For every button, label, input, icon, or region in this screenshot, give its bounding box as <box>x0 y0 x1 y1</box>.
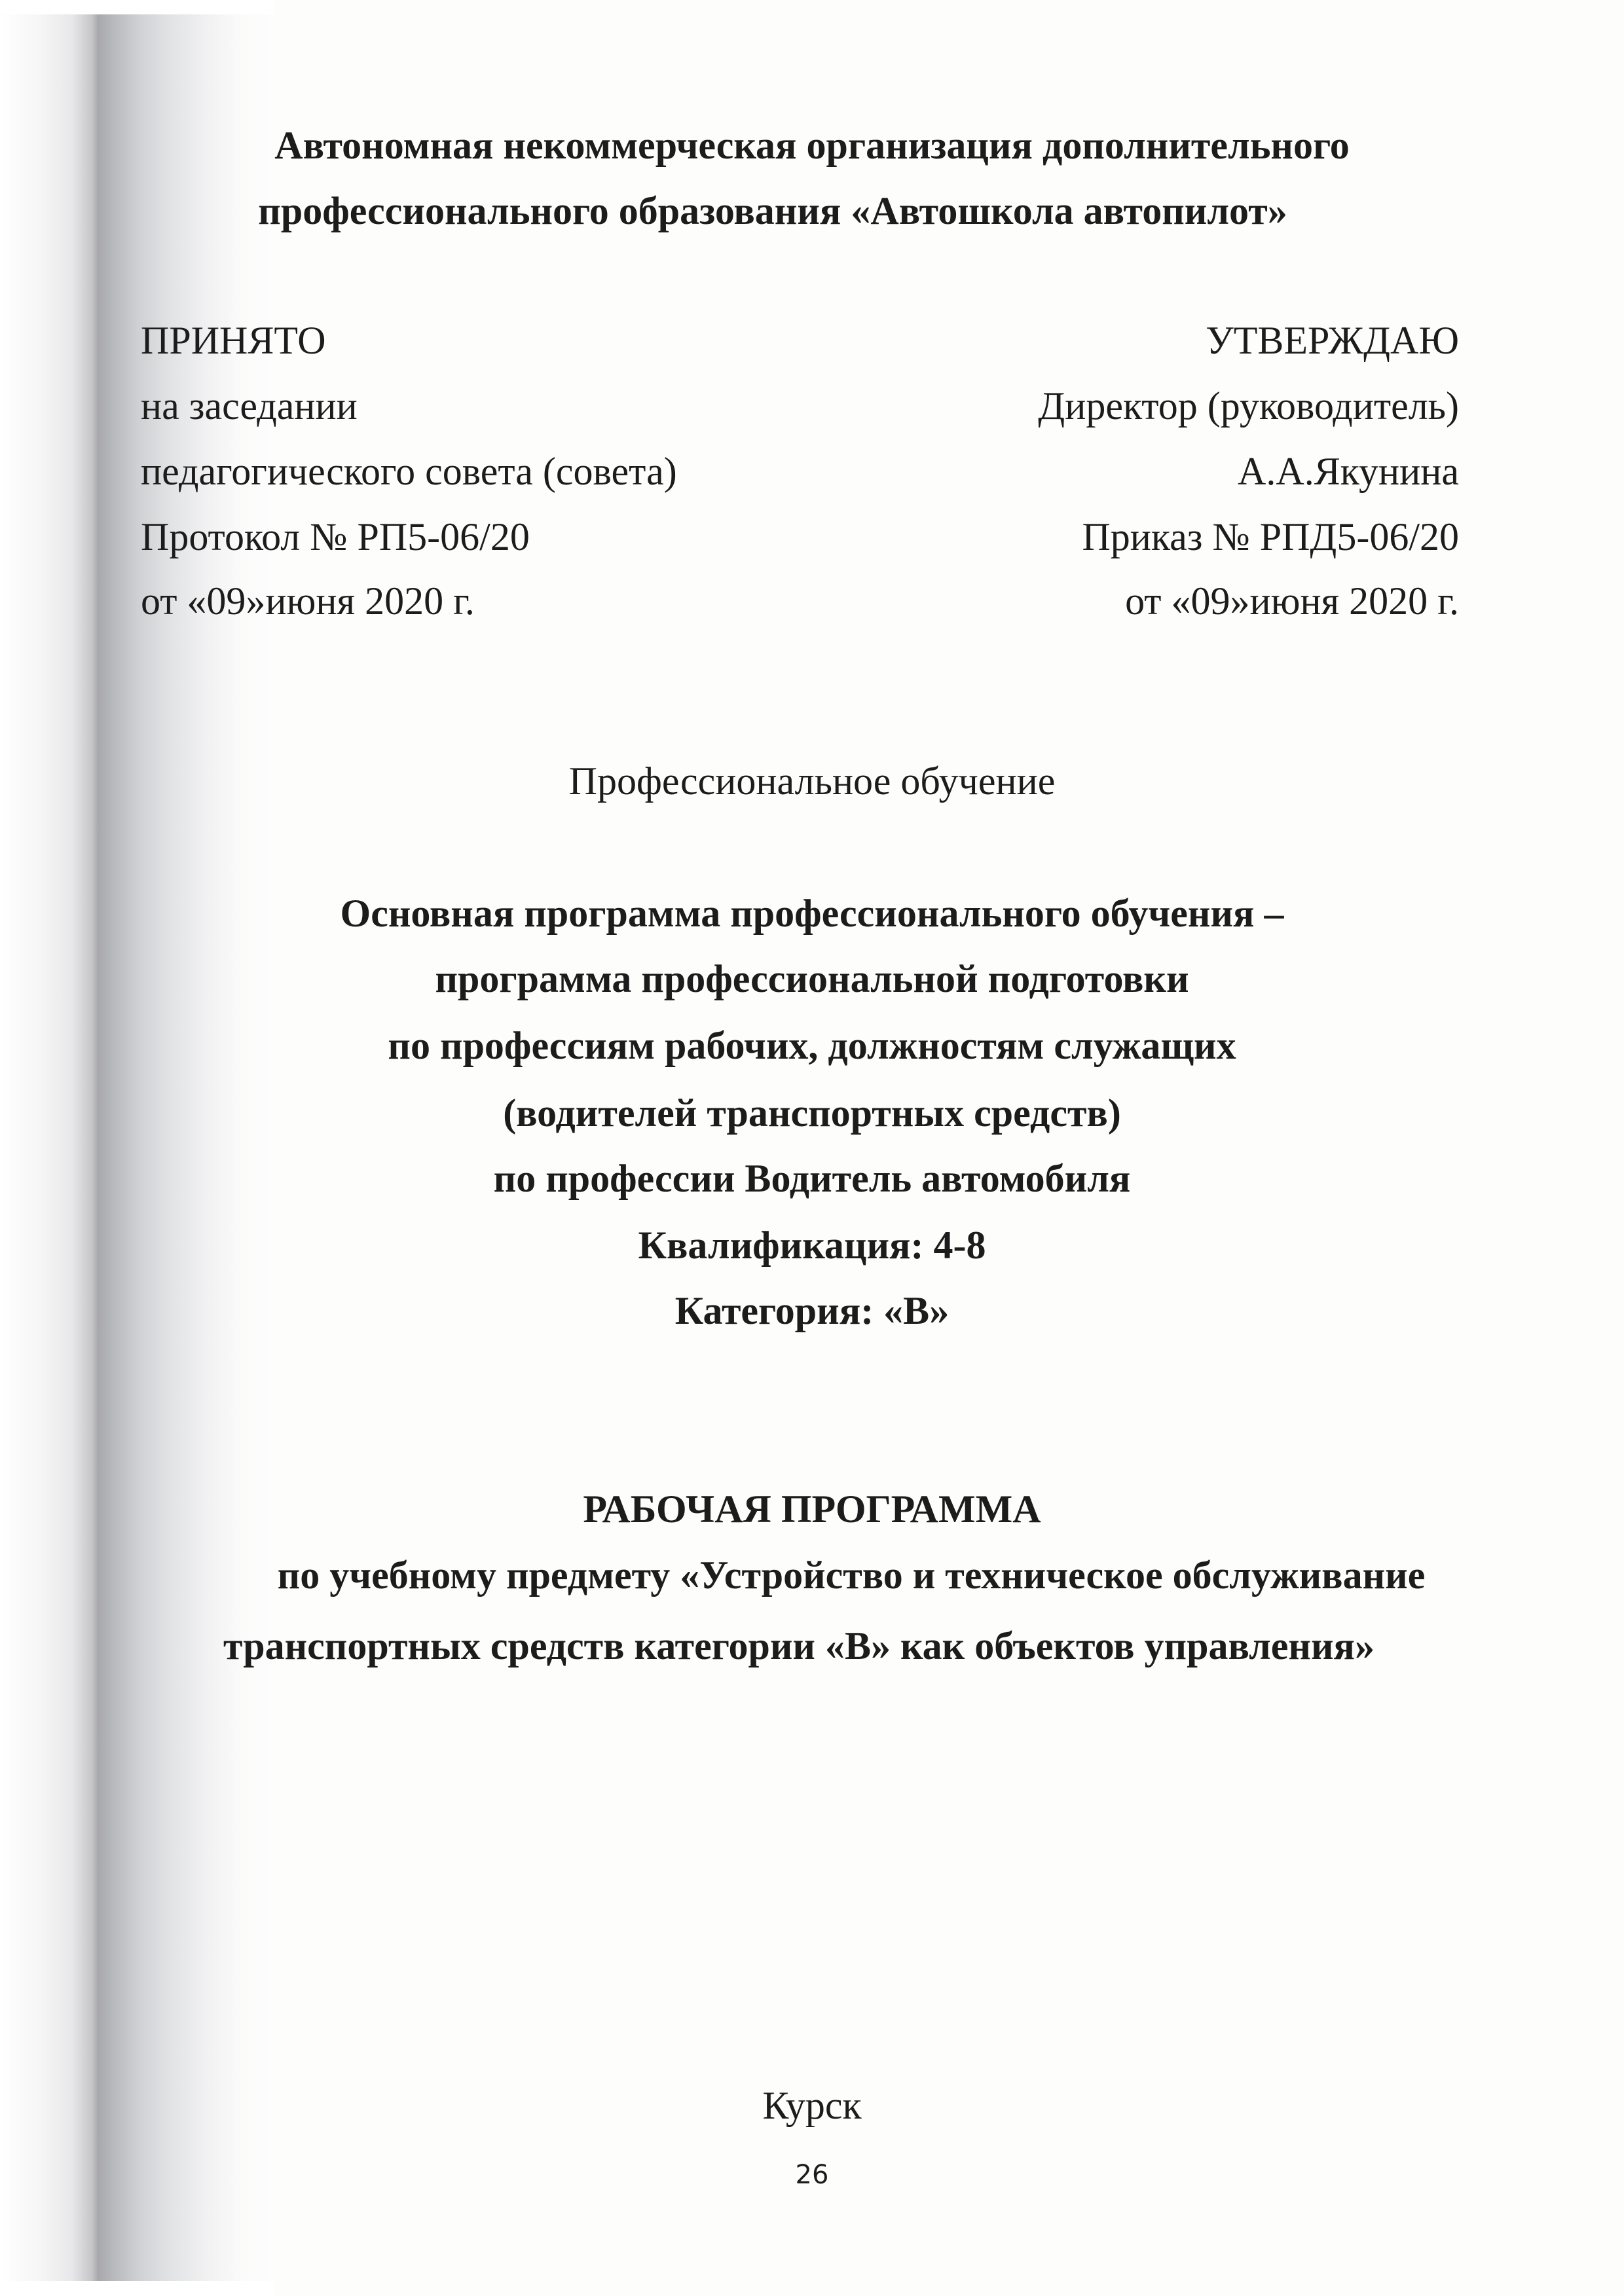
approve-title: УТВЕРЖДАЮ <box>1206 321 1459 360</box>
org-name-line-2: профессионального образования «Автошкола… <box>0 191 1585 230</box>
category: Категория: «В» <box>0 1291 1624 1330</box>
training-type: Профессиональное обучение <box>0 761 1624 801</box>
accepted-date: от «09»июня 2020 г. <box>141 581 475 621</box>
program-line: программа профессиональной подготовки <box>0 959 1624 998</box>
subject-line-2: транспортных средств категории «В» как о… <box>0 1626 1611 1666</box>
program-line: (водителей транспортных средств) <box>0 1093 1624 1133</box>
org-name-line-1: Автономная некоммерческая организация до… <box>0 126 1624 165</box>
qualification: Квалификация: 4-8 <box>0 1226 1624 1265</box>
subject-line-1: по учебному предмету «Устройство и техни… <box>39 1556 1624 1595</box>
approve-date: от «09»июня 2020 г. <box>1125 581 1459 621</box>
accepted-council: педагогического совета (совета) <box>141 452 677 491</box>
program-line: Основная программа профессионального обу… <box>0 894 1624 933</box>
city: Курск <box>0 2086 1624 2125</box>
approve-signatory: А.А.Якунина <box>1238 452 1459 491</box>
page-number: 26 <box>0 2162 1624 2188</box>
scan-edge-bottom <box>0 2281 275 2296</box>
approve-position: Директор (руководитель) <box>1038 386 1459 426</box>
program-line: по профессии Водитель автомобиля <box>0 1159 1624 1198</box>
program-line: по профессиям рабочих, должностям служащ… <box>0 1026 1624 1065</box>
accepted-protocol: Протокол № РП5-06/20 <box>141 517 530 556</box>
scan-edge-top <box>0 0 275 14</box>
accepted-meeting: на заседании <box>141 386 358 426</box>
accepted-title: ПРИНЯТО <box>141 321 326 360</box>
approve-order: Приказ № РПД5-06/20 <box>1082 517 1459 556</box>
work-program-title: РАБОЧАЯ ПРОГРАММА <box>0 1489 1624 1529</box>
